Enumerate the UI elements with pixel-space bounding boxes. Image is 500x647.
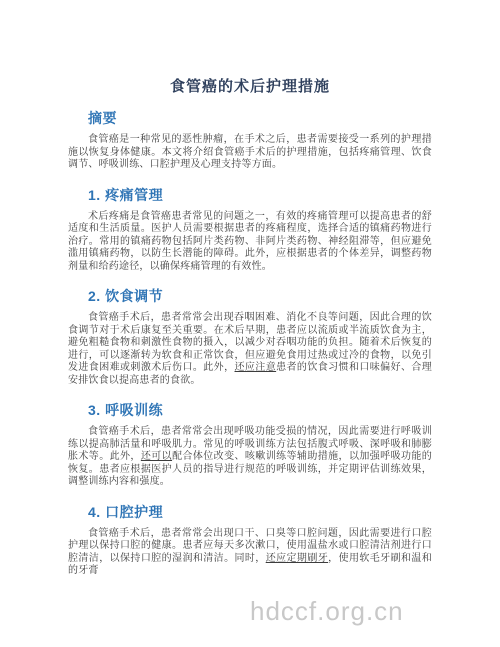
document-title: 食管癌的术后护理措施 xyxy=(68,78,432,96)
watermark: hdccf.org.cn xyxy=(250,596,404,626)
body-text: 食管癌是一种常见的恶性肿瘤，在手术之后，患者需要接受一系列的护理措施以恢复身体健… xyxy=(68,134,432,170)
document-content: 食管癌的术后护理措施 摘要 食管癌是一种常见的恶性肿瘤，在手术之后，患者需要接受… xyxy=(0,0,500,578)
pain-management-paragraph: 术后疼痛是食管癌患者常见的问题之一，有效的疼痛管理可以提高患者的舒适度和生活质量… xyxy=(68,211,432,274)
section-heading-abstract: 摘要 xyxy=(88,110,432,126)
underlined-text: 还应注意 xyxy=(235,362,277,373)
underlined-text: 还可以 xyxy=(141,451,172,462)
breathing-training-paragraph: 食管癌手术后，患者常常会出现呼吸功能受损的情况，因此需要进行呼吸训练以提高肺活量… xyxy=(68,426,432,489)
document-page: 食管癌的术后护理措施 摘要 食管癌是一种常见的恶性肿瘤，在手术之后，患者需要接受… xyxy=(0,0,500,647)
abstract-paragraph: 食管癌是一种常见的恶性肿瘤，在手术之后，患者需要接受一系列的护理措施以恢复身体健… xyxy=(68,134,432,172)
section-heading-pain-management: 1. 疼痛管理 xyxy=(88,187,432,203)
body-text: 术后疼痛是食管癌患者常见的问题之一，有效的疼痛管理可以提高患者的舒适度和生活质量… xyxy=(68,211,432,272)
section-heading-breathing-training: 3. 呼吸训练 xyxy=(88,402,432,418)
diet-adjustment-paragraph: 食管癌手术后，患者常常会出现吞咽困难、消化不良等问题，因此合理的饮食调节对于术后… xyxy=(68,312,432,387)
section-heading-diet-adjustment: 2. 饮食调节 xyxy=(88,288,432,304)
underlined-text: 还应定期刷牙 xyxy=(266,553,328,564)
section-heading-oral-care: 4. 口腔护理 xyxy=(88,504,432,520)
oral-care-paragraph: 食管癌手术后，患者常常会出现口干、口臭等口腔问题，因此需要进行口腔护理以保持口腔… xyxy=(68,528,432,578)
